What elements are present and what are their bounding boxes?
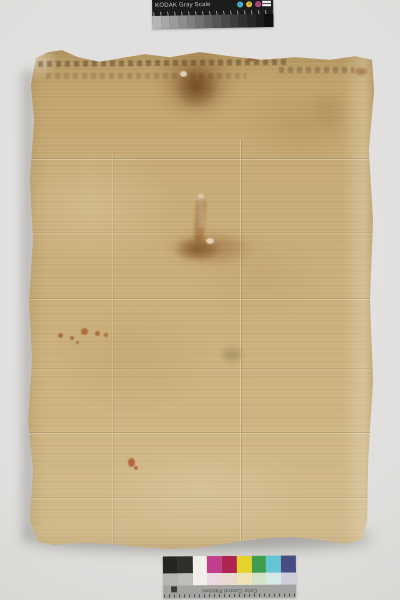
photo-stage: KODAK Gray Scale CYM bbox=[0, 0, 400, 600]
vertical-fold-crease bbox=[240, 139, 242, 549]
cyan-dot: C bbox=[237, 1, 243, 7]
yellow-patch bbox=[237, 556, 252, 573]
gray-2-patch bbox=[178, 573, 193, 585]
pink-tint-patch bbox=[207, 573, 222, 585]
gray-step-patch bbox=[152, 16, 161, 29]
horizontal-fold-crease bbox=[30, 158, 374, 160]
white-patch bbox=[192, 556, 207, 573]
magenta-patch bbox=[207, 556, 222, 573]
gray-step-patch bbox=[256, 14, 265, 27]
black-2-patch bbox=[178, 556, 193, 573]
stain-droplet bbox=[76, 341, 79, 344]
stain-top-right bbox=[310, 86, 348, 138]
red-patch bbox=[222, 556, 237, 573]
gray-step-patch bbox=[195, 15, 204, 28]
gray-scale-step-wedge bbox=[152, 14, 273, 29]
horizontal-fold-crease bbox=[30, 497, 374, 499]
stain-right-edge bbox=[355, 68, 367, 75]
yellow-tint-patch bbox=[237, 573, 252, 585]
horizontal-fold-crease bbox=[30, 432, 374, 434]
stain-light-speck bbox=[206, 238, 214, 244]
gray-step-patch bbox=[170, 16, 179, 29]
yellow-dot: Y bbox=[246, 1, 252, 7]
stain-droplet bbox=[95, 331, 100, 336]
stain-droplet bbox=[81, 328, 88, 335]
cmy-dots: CYM bbox=[237, 1, 261, 7]
color-bar-label: Color Control Patches bbox=[163, 587, 296, 593]
gray-step-patch bbox=[161, 16, 170, 29]
gray-scale-label: KODAK Gray Scale bbox=[155, 1, 211, 8]
kodak-color-control-bar: Color Control Patches bbox=[163, 556, 296, 599]
buff-tint-patch bbox=[222, 573, 237, 585]
gray-patch bbox=[163, 573, 178, 585]
gray-step-patch bbox=[187, 15, 196, 28]
lavender-tint-patch bbox=[281, 573, 296, 585]
white-tint-patch bbox=[193, 573, 208, 585]
gray-step-patch bbox=[178, 15, 187, 28]
cyan-patch bbox=[266, 556, 281, 573]
cyan-tint-patch bbox=[266, 573, 281, 585]
green-patch bbox=[252, 556, 267, 573]
stain-droplet bbox=[58, 333, 63, 338]
text-showthrough-band bbox=[279, 67, 354, 73]
gray-step-patch bbox=[213, 15, 222, 28]
red-stain bbox=[134, 466, 138, 470]
parchment-document bbox=[26, 44, 378, 552]
gray-step-patch bbox=[265, 14, 274, 27]
gray-step-patch bbox=[247, 14, 256, 27]
blue-patch bbox=[281, 556, 296, 573]
magenta-dot: M bbox=[255, 1, 261, 7]
vertical-fold-crease bbox=[112, 154, 114, 544]
stain-light-speck bbox=[180, 71, 187, 77]
horizontal-fold-crease bbox=[30, 368, 374, 370]
color-patches-tint bbox=[163, 573, 296, 586]
stain-droplet bbox=[104, 333, 108, 337]
gray-step-patch bbox=[230, 14, 239, 27]
kodak-gray-scale-bar: KODAK Gray Scale CYM bbox=[152, 0, 274, 29]
color-bar-ruler: Color Control Patches bbox=[163, 585, 296, 599]
gray-step-patch bbox=[221, 15, 230, 28]
ruler-tick-marks bbox=[164, 594, 295, 598]
gray-step-patch bbox=[239, 14, 248, 27]
stain-top-edge-dot bbox=[248, 56, 255, 61]
stain-droplet bbox=[70, 336, 74, 340]
color-patches-strong bbox=[163, 556, 296, 574]
green-tint-patch bbox=[252, 573, 267, 585]
black-patch bbox=[163, 556, 178, 573]
gray-step-patch bbox=[204, 15, 213, 28]
faint-smudge bbox=[222, 348, 242, 361]
horizontal-fold-crease bbox=[30, 298, 374, 300]
kodak-logo-chip-icon bbox=[262, 0, 271, 7]
